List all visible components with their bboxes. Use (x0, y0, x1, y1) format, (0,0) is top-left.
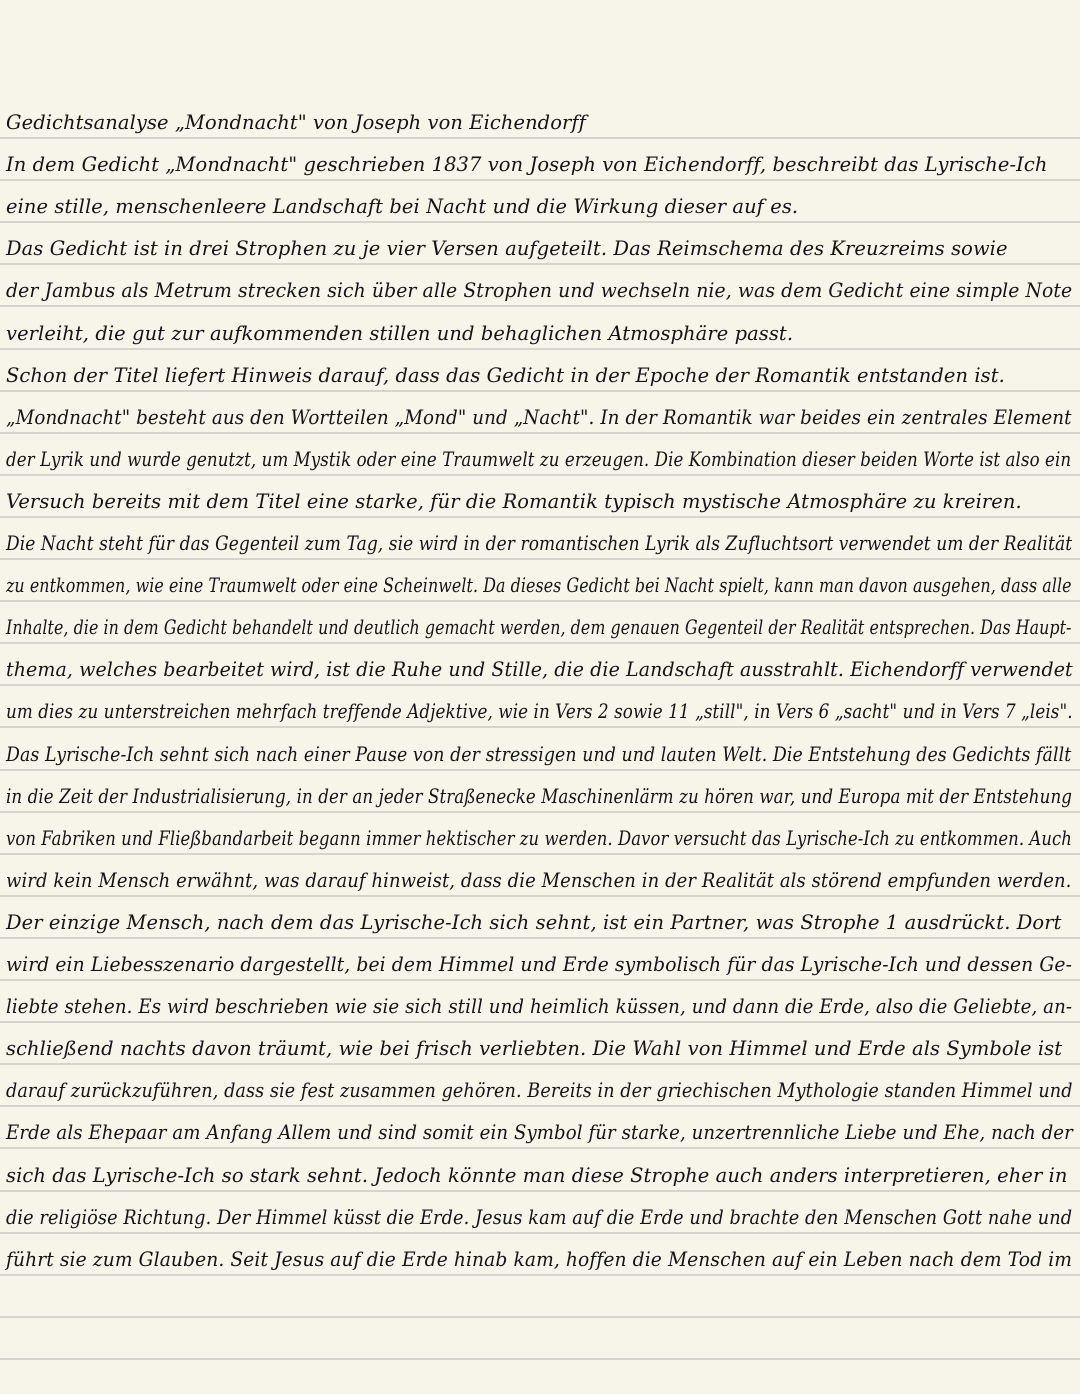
text-line: von Fabriken und Fließbandarbeit begann … (6, 823, 1072, 855)
ruled-line (0, 1316, 1080, 1318)
text-line: Das Gedicht ist in drei Strophen zu je v… (6, 233, 1072, 265)
text-line: eine stille, menschenleere Landschaft be… (6, 191, 1072, 223)
text-line: der Jambus als Metrum strecken sich über… (6, 275, 1072, 307)
text-line: Versuch bereits mit dem Titel eine stark… (6, 486, 1072, 518)
text-line: in die Zeit der Industrialisierung, in d… (6, 781, 1072, 813)
text-line: „Mondnacht" besteht aus den Wortteilen „… (6, 402, 1072, 434)
text-line: Das Lyrische-Ich sehnt sich nach einer P… (6, 739, 1072, 771)
text-line: wird kein Mensch erwähnt, was darauf hin… (6, 865, 1072, 897)
text-line: darauf zurückzuführen, dass sie fest zus… (6, 1075, 1072, 1107)
text-line: Der einzige Mensch, nach dem das Lyrisch… (6, 907, 1072, 939)
text-line: um dies zu unterstreichen mehrfach treff… (6, 696, 1072, 728)
text-line: führt sie zum Glauben. Seit Jesus auf di… (6, 1244, 1072, 1276)
text-line: verleiht, die gut zur aufkommenden still… (6, 318, 1072, 350)
text-line: sich das Lyrische-Ich so stark sehnt. Je… (6, 1160, 1072, 1192)
document-title: Gedichtsanalyse „Mondnacht" von Joseph v… (6, 107, 1072, 139)
text-line: In dem Gedicht „Mondnacht" geschrieben 1… (6, 149, 1072, 181)
text-line: Erde als Ehepaar am Anfang Allem und sin… (6, 1117, 1072, 1149)
text-line: thema, welches bearbeitet wird, ist die … (6, 654, 1072, 686)
text-line: wird ein Liebesszenario dargestellt, bei… (6, 949, 1072, 981)
text-line: Inhalte, die in dem Gedicht behandelt un… (6, 612, 1072, 644)
notebook-page: Gedichtsanalyse „Mondnacht" von Joseph v… (0, 0, 1080, 1394)
text-line: der Lyrik und wurde genutzt, um Mystik o… (6, 444, 1071, 476)
ruled-line (0, 1358, 1080, 1360)
text-line: liebte stehen. Es wird beschrieben wie s… (6, 991, 1072, 1023)
text-line: Schon der Titel liefert Hinweis darauf, … (6, 360, 1072, 392)
text-line: die religiöse Richtung. Der Himmel küsst… (6, 1202, 1072, 1234)
text-line: Die Nacht steht für das Gegenteil zum Ta… (6, 528, 1072, 560)
text-line: schließend nachts davon träumt, wie bei … (6, 1033, 1072, 1065)
text-line: zu entkommen, wie eine Traumwelt oder ei… (6, 570, 1072, 602)
